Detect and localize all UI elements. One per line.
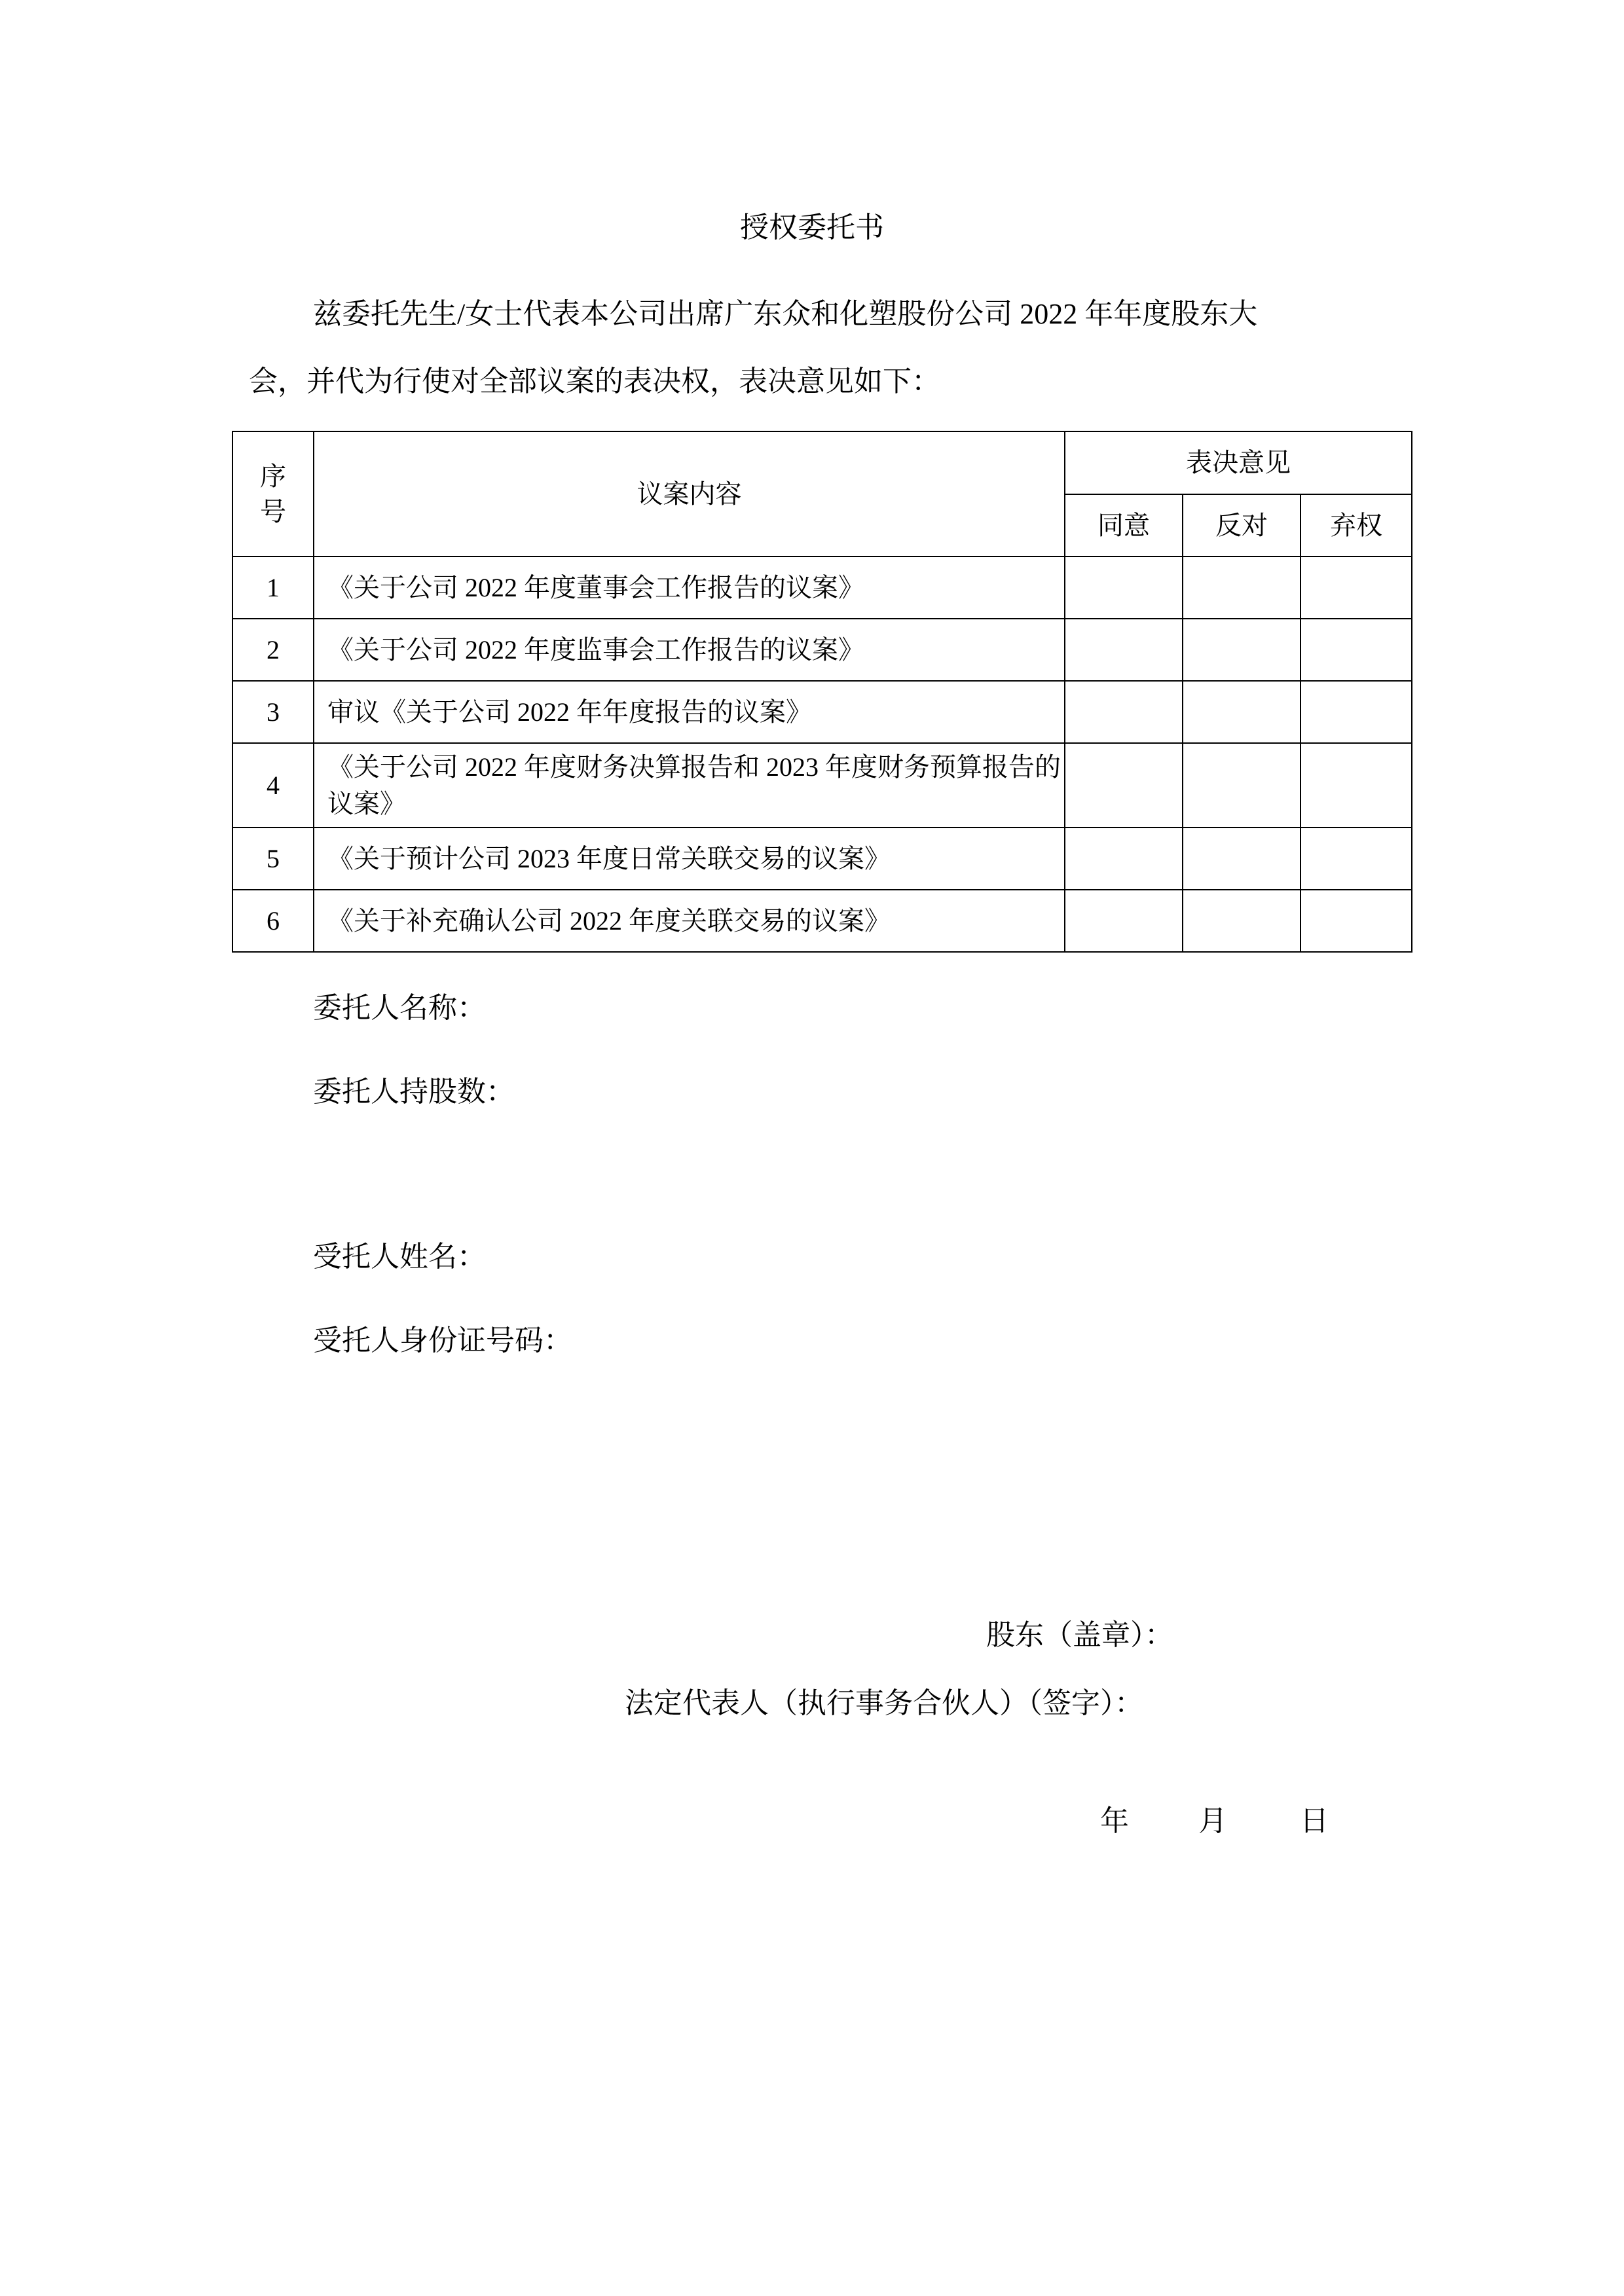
agent-id-field[interactable]: 受托人身份证号码： <box>313 1321 572 1360</box>
row-seq: 2 <box>232 619 314 681</box>
table-row: 3 审议《关于公司 2022 年年度报告的议案》 <box>232 681 1412 743</box>
agree-cell[interactable] <box>1065 743 1183 828</box>
intro-paragraph-line2: 会，并代为行使对全部议案的表决权，表决意见如下： <box>249 362 1401 401</box>
abstain-cell[interactable] <box>1301 890 1412 952</box>
table-row: 6 《关于补充确认公司 2022 年度关联交易的议案》 <box>232 890 1412 952</box>
row-content: 审议《关于公司 2022 年年度报告的议案》 <box>314 681 1065 743</box>
table-row: 4 《关于公司 2022 年度财务决算报告和 2023 年度财务预算报告的议案》 <box>232 743 1412 828</box>
oppose-cell[interactable] <box>1183 556 1301 619</box>
oppose-cell[interactable] <box>1183 681 1301 743</box>
oppose-cell[interactable] <box>1183 743 1301 828</box>
row-content: 《关于补充确认公司 2022 年度关联交易的议案》 <box>314 890 1065 952</box>
date-day-label: 日 <box>1300 1802 1329 1841</box>
oppose-cell[interactable] <box>1183 619 1301 681</box>
row-content: 《关于公司 2022 年度监事会工作报告的议案》 <box>314 619 1065 681</box>
document-title: 授权委托书 <box>0 208 1624 247</box>
table-row: 5 《关于预计公司 2023 年度日常关联交易的议案》 <box>232 828 1412 890</box>
principal-name-field[interactable]: 委托人名称： <box>313 989 486 1028</box>
row-seq: 5 <box>232 828 314 890</box>
row-content: 《关于公司 2022 年度财务决算报告和 2023 年度财务预算报告的议案》 <box>314 743 1065 828</box>
abstain-cell[interactable] <box>1301 743 1412 828</box>
voting-table: 序 号 议案内容 表决意见 同意 反对 弃权 1 《关于公司 2022 年度董事… <box>232 431 1412 953</box>
abstain-cell[interactable] <box>1301 828 1412 890</box>
row-seq: 3 <box>232 681 314 743</box>
header-agree: 同意 <box>1065 494 1183 556</box>
header-oppose: 反对 <box>1183 494 1301 556</box>
agree-cell[interactable] <box>1065 619 1183 681</box>
principal-shares-field[interactable]: 委托人持股数： <box>313 1072 515 1112</box>
shareholder-seal-line[interactable]: 股东（盖章）： <box>986 1616 1173 1655</box>
table-row: 2 《关于公司 2022 年度监事会工作报告的议案》 <box>232 619 1412 681</box>
agent-name-field[interactable]: 受托人姓名： <box>313 1237 486 1277</box>
row-content: 《关于预计公司 2023 年度日常关联交易的议案》 <box>314 828 1065 890</box>
header-content: 议案内容 <box>314 431 1065 556</box>
intro-paragraph-line1: 兹委托先生/女士代表本公司出席广东众和化塑股份公司 2022 年年度股东大 <box>313 295 1466 334</box>
oppose-cell[interactable] <box>1183 890 1301 952</box>
date-year-label: 年 <box>1100 1802 1129 1841</box>
oppose-cell[interactable] <box>1183 828 1301 890</box>
header-vote-group: 表决意见 <box>1065 431 1412 494</box>
abstain-cell[interactable] <box>1301 681 1412 743</box>
table-row: 1 《关于公司 2022 年度董事会工作报告的议案》 <box>232 556 1412 619</box>
row-seq: 6 <box>232 890 314 952</box>
date-month-label: 月 <box>1198 1802 1227 1841</box>
legal-rep-signature-line[interactable]: 法定代表人（执行事务合伙人）（签字）： <box>625 1684 1143 1723</box>
agree-cell[interactable] <box>1065 890 1183 952</box>
row-seq: 4 <box>232 743 314 828</box>
abstain-cell[interactable] <box>1301 619 1412 681</box>
agree-cell[interactable] <box>1065 681 1183 743</box>
agree-cell[interactable] <box>1065 556 1183 619</box>
header-abstain: 弃权 <box>1301 494 1412 556</box>
agree-cell[interactable] <box>1065 828 1183 890</box>
header-seq-line2: 号 <box>233 494 313 530</box>
header-seq-line1: 序 <box>233 459 313 494</box>
row-seq: 1 <box>232 556 314 619</box>
table-header-row: 序 号 议案内容 表决意见 <box>232 431 1412 494</box>
header-seq: 序 号 <box>232 431 314 556</box>
row-content: 《关于公司 2022 年度董事会工作报告的议案》 <box>314 556 1065 619</box>
abstain-cell[interactable] <box>1301 556 1412 619</box>
